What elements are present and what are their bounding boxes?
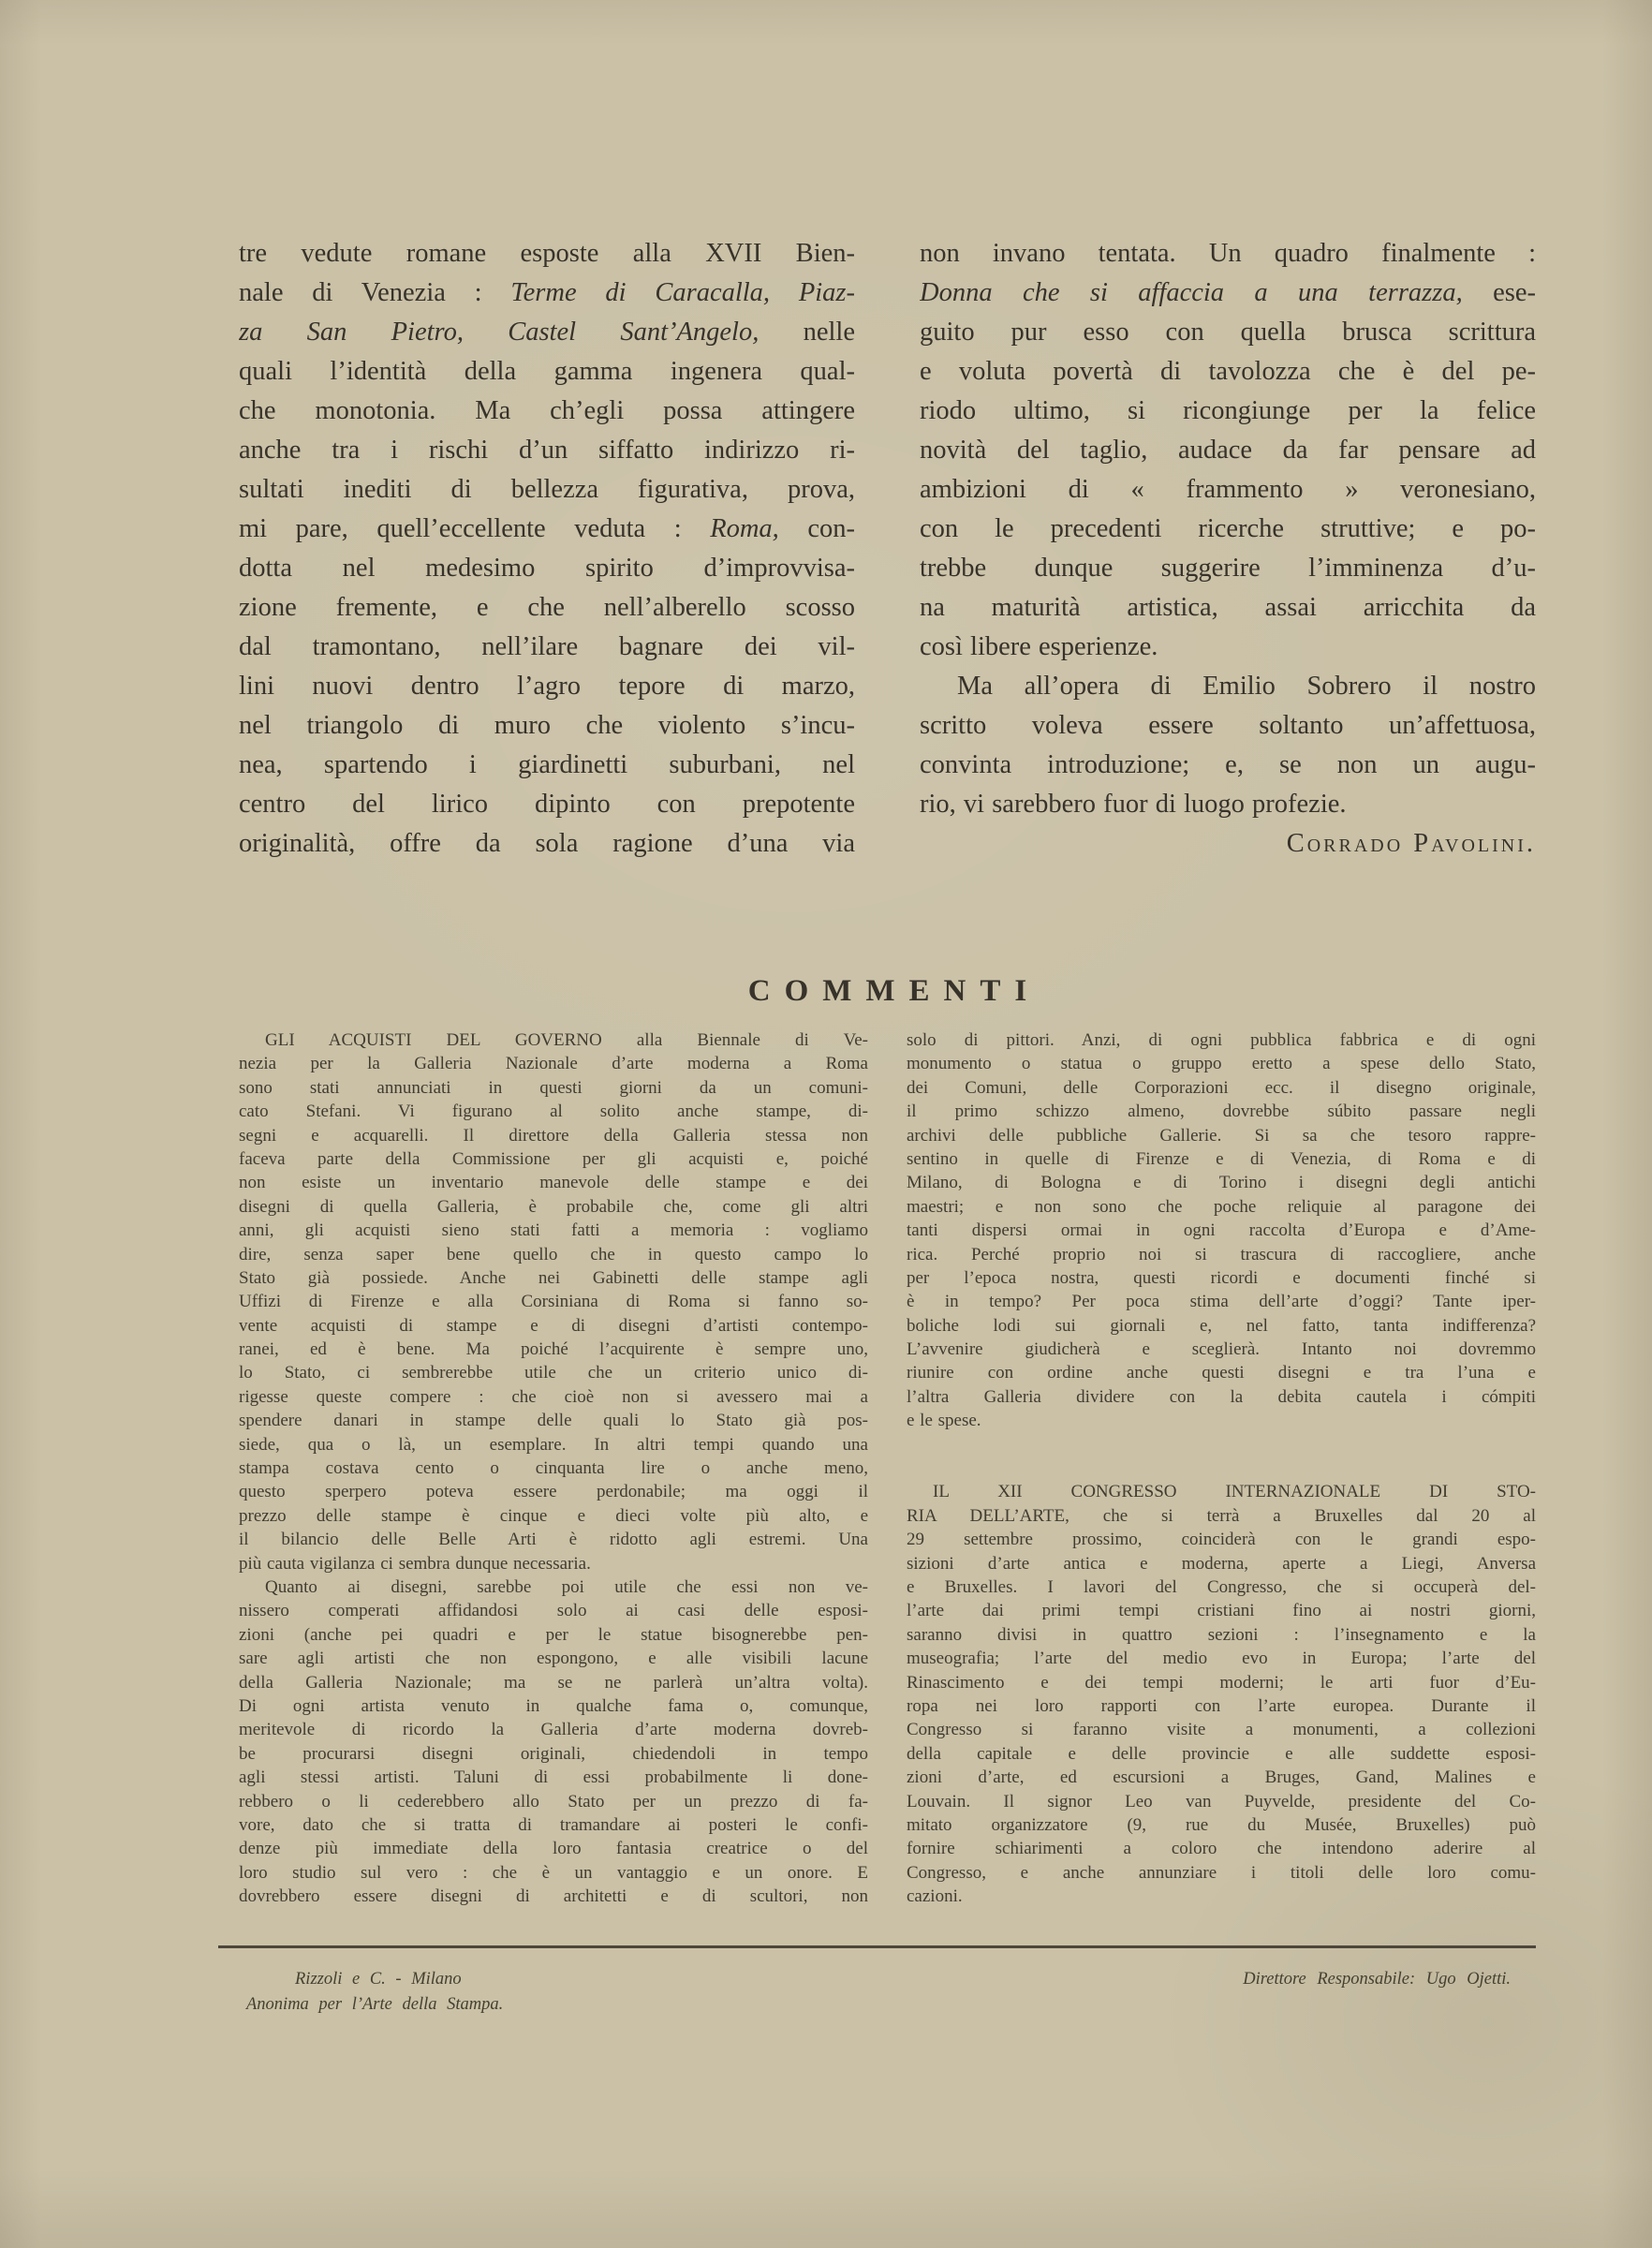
text-run: nelle [759,318,855,347]
text-line: centro del lirico dipinto con prepotente [239,785,855,824]
text-line: tre vedute romane esposte alla XVII Bien… [239,234,855,274]
text-run: disegni di quella Galleria, è probabile … [239,1197,868,1217]
text-run: tre vedute romane esposte alla XVII Bien… [239,239,855,268]
text-run: fornire schiarimenti a coloro che intend… [907,1839,1536,1858]
text-line: Donna che si affaccia a una terrazza, es… [920,274,1536,313]
text-run: sare agli artisti che non espongono, e a… [239,1649,868,1668]
text-run: nel triangolo di muro che violento s’inc… [239,711,855,740]
text-line: trebbe dunque suggerire l’imminenza d’u- [920,549,1536,588]
text-line: quali l’identità della gamma ingenera qu… [239,352,855,392]
text-line: Di ogni artista venuto in qualche fama o… [239,1694,868,1718]
text-run: convinta introduzione; e, se non un augu… [920,750,1536,779]
text-line: saranno divisi in quattro sezioni : l’in… [907,1623,1536,1647]
director-credit: Direttore Responsabile: Ugo Ojetti. [1243,1967,1511,1992]
text-line: rigesse queste compere : che cioè non si… [239,1385,868,1409]
text-run: monumento o statua o gruppo eretto a spe… [907,1054,1536,1073]
text-run: cato Stefani. Vi figurano al solito anch… [239,1102,868,1121]
text-run: della Galleria Nazionale; ma se ne parle… [239,1673,868,1693]
text-line: dei Comuni, delle Corporazioni ecc. il d… [907,1076,1536,1100]
text-line: convinta introduzione; e, se non un augu… [920,746,1536,785]
text-line: così libere esperienze. [920,628,1536,667]
text-run: lini nuovi dentro l’agro tepore di marzo… [239,672,855,701]
text-run: novità del taglio, audace da far pensare… [920,436,1536,465]
text-run: l’arte dai primi tempi cristiani fino ai… [907,1601,1536,1620]
text-run: più cauta vigilanza ci sembra dunque nec… [239,1554,591,1574]
text-line: questo sperpero poteva essere perdonabil… [239,1480,868,1503]
text-run: faceva parte della Commissione per gli a… [239,1149,868,1169]
text-line: monumento o statua o gruppo eretto a spe… [907,1052,1536,1075]
text-run: tanti dispersi ormai in ogni raccolta d’… [907,1220,1536,1240]
commenti-left-column: GLI ACQUISTI DEL GOVERNO alla Biennale d… [239,1028,868,1908]
text-line: zioni (anche pei quadri e per le statue … [239,1623,868,1647]
text-run: trebbe dunque suggerire l’imminenza d’u- [920,554,1536,583]
text-run: Ma all’opera di Emilio Sobrero il nostro [957,672,1536,701]
text-line: denze più immediate della loro fantasia … [239,1837,868,1860]
text-line: e le spese. [907,1409,1536,1432]
text-line: Milano, di Bologna e di Torino i disegni… [907,1171,1536,1194]
text-line: ropa nei loro rapporti con l’arte europe… [907,1694,1536,1718]
text-line: che monotonia. Ma ch’egli possa attinger… [239,392,855,431]
text-line: cazioni. [907,1885,1536,1908]
text-line: più cauta vigilanza ci sembra dunque nec… [239,1552,868,1575]
text-run: con- [779,514,855,543]
text-run: rio, vi sarebbero fuor di luogo profezie… [920,790,1347,819]
scanned-page: tre vedute romane esposte alla XVII Bien… [0,0,1652,2248]
text-line: riodo ultimo, si ricongiunge per la feli… [920,392,1536,431]
text-line: segni e acquarelli. Il direttore della G… [239,1124,868,1147]
text-line: dire, senza saper bene quello che in que… [239,1243,868,1266]
text-line: sentino in quelle di Firenze e di Venezi… [907,1147,1536,1171]
text-run: Di ogni artista venuto in qualche fama o… [239,1696,868,1716]
text-run: Terme di Caracalla, Piaz- [510,278,855,307]
text-line: prezzo delle stampe è cinque e dieci vol… [239,1504,868,1528]
text-line: Uffizi di Firenze e alla Corsiniana di R… [239,1290,868,1313]
commenti-right-column: solo di pittori. Anzi, di ogni pubblica … [907,1028,1536,1908]
text-run: boliche lodi sui giornali e, nel fatto, … [907,1316,1536,1336]
text-run: è in tempo? Per poca stima dell’arte d’o… [907,1292,1536,1311]
text-line: Corrado Pavolini. [920,824,1536,864]
text-run: be procurarsi disegni originali, chieden… [239,1744,868,1764]
publisher-imprint: Rizzoli e C. - Milano Anonima per l’Arte… [246,1967,503,2018]
text-line: meritevole di ricordo la Galleria d’arte… [239,1718,868,1741]
text-line: mi pare, quell’eccellente veduta : Roma,… [239,510,855,549]
text-line: non esiste un inventario manevole delle … [239,1171,868,1194]
text-run: spendere danari in stampe delle quali lo… [239,1411,868,1430]
text-line: dal tramontano, nell’ilare bagnare dei v… [239,628,855,667]
text-run: e voluta povertà di tavolozza che è del … [920,357,1536,386]
text-line: solo di pittori. Anzi, di ogni pubblica … [907,1028,1536,1052]
text-run: nezia per la Galleria Nazionale d’arte m… [239,1054,868,1073]
article-right-column: non invano tentata. Un quadro finalmente… [920,234,1536,864]
text-line: Ma all’opera di Emilio Sobrero il nostro [920,667,1536,706]
text-run: GLI ACQUISTI DEL GOVERNO alla Biennale d… [265,1030,868,1050]
text-line: 29 settembre prossimo, coinciderà con le… [907,1528,1536,1551]
text-line: scritto voleva essere soltanto un’affett… [920,706,1536,746]
commenti-columns: GLI ACQUISTI DEL GOVERNO alla Biennale d… [239,1028,1536,1908]
text-run: Congresso, e anche annunziare i titoli d… [907,1863,1536,1883]
text-line: vente acquisti di stampe e di disegni d’… [239,1314,868,1338]
text-line: con le precedenti ricerche struttive; e … [920,510,1536,549]
text-run: rigesse queste compere : che cioè non si… [239,1387,868,1407]
text-line: il primo schizzo almeno, dovrebbe súbito… [907,1100,1536,1123]
text-run: loro studio sul vero : che è un vantaggi… [239,1863,868,1883]
text-run: nissero comperati affidandosi solo ai ca… [239,1601,868,1620]
text-run: Rinascimento e dei tempi moderni; le art… [907,1673,1536,1693]
text-run: originalità, offre da sola ragione d’una… [239,829,855,858]
text-run: sultati inediti di bellezza figurativa, … [239,475,855,504]
text-line: disegni di quella Galleria, è probabile … [239,1195,868,1219]
text-line: L’avvenire giudicherà e sceglierà. Intan… [907,1338,1536,1361]
text-run: Louvain. Il signor Leo van Puyvelde, pre… [907,1792,1536,1812]
text-run: cazioni. [907,1886,963,1906]
text-run: Corrado Pavolini. [1287,829,1536,858]
text-line: novità del taglio, audace da far pensare… [920,431,1536,470]
text-line: lo Stato, ci sembrerebbe utile che un cr… [239,1361,868,1384]
text-run: zioni d’arte, ed escursioni a Bruges, Ga… [907,1767,1536,1787]
text-run: stampa costava cento o cinquanta lire o … [239,1458,868,1478]
text-line: della Galleria Nazionale; ma se ne parle… [239,1671,868,1694]
text-run: Stato già possiede. Anche nei Gabinetti … [239,1268,868,1288]
text-line: nezia per la Galleria Nazionale d’arte m… [239,1052,868,1075]
text-run: non invano tentata. Un quadro finalmente… [920,239,1536,268]
text-line: Louvain. Il signor Leo van Puyvelde, pre… [907,1790,1536,1813]
text-line: agli stessi artisti. Taluni di essi prob… [239,1766,868,1789]
text-run: agli stessi artisti. Taluni di essi prob… [239,1767,868,1787]
text-line: ranei, ed è bene. Ma poiché l’acquirente… [239,1338,868,1361]
text-run: dire, senza saper bene quello che in que… [239,1245,868,1264]
footer-divider [218,1945,1536,1948]
text-run: dal tramontano, nell’ilare bagnare dei v… [239,632,855,661]
text-line: museografia; l’arte del medio evo in Eur… [907,1647,1536,1670]
text-line: rica. Perché proprio noi si trascura di … [907,1243,1536,1266]
text-run: per l’epoca nostra, questi ricordi e doc… [907,1268,1536,1288]
text-run: Quanto ai disegni, sarebbe poi utile che… [265,1577,868,1597]
text-run: archivi delle pubbliche Gallerie. Si sa … [907,1126,1536,1146]
text-run: quali l’identità della gamma ingenera qu… [239,357,855,386]
text-run: della capitale e delle provincie e alle … [907,1744,1536,1764]
text-line: sare agli artisti che non espongono, e a… [239,1647,868,1670]
text-line: l’altra Galleria dividere con la debita … [907,1385,1536,1409]
text-line: RIA DELL’ARTE, che si terrà a Bruxelles … [907,1504,1536,1528]
article-left-column: tre vedute romane esposte alla XVII Bien… [239,234,855,864]
text-run: il bilancio delle Belle Arti è ridotto a… [239,1530,868,1549]
text-run: con le precedenti ricerche struttive; e … [920,514,1536,543]
text-run: sono stati annunciati in questi giorni d… [239,1078,868,1098]
text-line: nea, spartendo i giardinetti suburbani, … [239,746,855,785]
text-run: il primo schizzo almeno, dovrebbe súbito… [907,1102,1536,1121]
text-line: maestri; e non sono che poche reliquie a… [907,1195,1536,1219]
text-run: segni e acquarelli. Il direttore della G… [239,1126,868,1146]
text-run: meritevole di ricordo la Galleria d’arte… [239,1720,868,1739]
text-run: rica. Perché proprio noi si trascura di … [907,1245,1536,1264]
text-line: IL XII CONGRESSO INTERNAZIONALE DI STO- [907,1480,1536,1503]
text-run: scritto voleva essere soltanto un’affett… [920,711,1536,740]
text-line: sultati inediti di bellezza figurativa, … [239,470,855,510]
text-line: boliche lodi sui giornali e, nel fatto, … [907,1314,1536,1338]
text-line: Congresso si faranno visite a monumenti,… [907,1718,1536,1741]
text-line: GLI ACQUISTI DEL GOVERNO alla Biennale d… [239,1028,868,1052]
text-run: vente acquisti di stampe e di disegni d’… [239,1316,868,1336]
text-line: archivi delle pubbliche Gallerie. Si sa … [907,1124,1536,1147]
text-run: non esiste un inventario manevole delle … [239,1173,868,1192]
text-line: zioni d’arte, ed escursioni a Bruges, Ga… [907,1766,1536,1789]
text-run: zioni (anche pei quadri e per le statue … [239,1625,868,1645]
text-line: anni, gli acquisti sieno stati fatti a m… [239,1219,868,1242]
text-run: denze più immediate della loro fantasia … [239,1839,868,1858]
text-run: solo di pittori. Anzi, di ogni pubblica … [907,1030,1536,1050]
text-line: mitato organizzatore (9, rue du Musée, B… [907,1813,1536,1837]
text-run: RIA DELL’ARTE, che si terrà a Bruxelles … [907,1506,1536,1526]
text-run: saranno divisi in quattro sezioni : l’in… [907,1625,1536,1645]
text-line: loro studio sul vero : che è un vantaggi… [239,1861,868,1885]
text-run: Congresso si faranno visite a monumenti,… [907,1720,1536,1739]
text-line: zione fremente, e che nell’alberello sco… [239,588,855,628]
text-line: vore, dato che si tratta di tramandare a… [239,1813,868,1837]
text-line: il bilancio delle Belle Arti è ridotto a… [239,1528,868,1551]
text-line: ambizioni di « frammento » veronesiano, [920,470,1536,510]
text-run: Milano, di Bologna e di Torino i disegni… [907,1173,1536,1192]
text-run: sizioni d’arte antica e moderna, aperte … [907,1554,1536,1574]
text-run: IL XII CONGRESSO INTERNAZIONALE DI STO- [933,1482,1536,1501]
text-run: za San Pietro, Castel Sant’Angelo, [239,318,759,347]
text-line: be procurarsi disegni originali, chieden… [239,1742,868,1766]
text-run: 29 settembre prossimo, coinciderà con le… [907,1530,1536,1549]
text-run: mitato organizzatore (9, rue du Musée, B… [907,1815,1536,1835]
text-run: na maturità artistica, assai arricchita … [920,593,1536,622]
text-run: che monotonia. Ma ch’egli possa attinger… [239,396,855,425]
text-line: per l’epoca nostra, questi ricordi e doc… [907,1266,1536,1290]
text-run: ropa nei loro rapporti con l’arte europe… [907,1696,1536,1716]
text-run: così libere esperienze. [920,632,1158,661]
text-run: zione fremente, e che nell’alberello sco… [239,593,855,622]
text-run: centro del lirico dipinto con prepotente [239,790,855,819]
text-line: dotta nel medesimo spirito d’improvvisa- [239,549,855,588]
text-line: Quanto ai disegni, sarebbe poi utile che… [239,1575,868,1599]
article-columns: tre vedute romane esposte alla XVII Bien… [239,234,1536,864]
publisher-line-2: Anonima per l’Arte della Stampa. [246,1992,503,2018]
text-run: museografia; l’arte del medio evo in Eur… [907,1649,1536,1668]
text-run: rebbero o li cederebbero allo Stato per … [239,1792,868,1812]
text-line: originalità, offre da sola ragione d’una… [239,824,855,864]
text-run: nea, spartendo i giardinetti suburbani, … [239,750,855,779]
text-line: nel triangolo di muro che violento s’inc… [239,706,855,746]
text-run: e le spese. [907,1411,981,1430]
text-line: lini nuovi dentro l’agro tepore di marzo… [239,667,855,706]
text-run: e Bruxelles. I lavori del Congresso, che… [907,1577,1536,1597]
text-run: mi pare, quell’eccellente veduta : [239,514,710,543]
text-line: e Bruxelles. I lavori del Congresso, che… [907,1575,1536,1599]
text-run: prezzo delle stampe è cinque e dieci vol… [239,1506,868,1526]
text-run: L’avvenire giudicherà e sceglierà. Intan… [907,1339,1536,1359]
text-run: ranei, ed è bene. Ma poiché l’acquirente… [239,1339,868,1359]
commenti-heading: COMMENTI [239,970,1536,1012]
text-run: Roma, [710,514,779,543]
text-run: ambizioni di « frammento » veronesiano, [920,475,1536,504]
text-run: questo sperpero poteva essere perdonabil… [239,1482,868,1501]
text-line: rio, vi sarebbero fuor di luogo profezie… [920,785,1536,824]
text-line: tanti dispersi ormai in ogni raccolta d’… [907,1219,1536,1242]
text-line: non invano tentata. Un quadro finalmente… [920,234,1536,274]
text-run: dotta nel medesimo spirito d’improvvisa- [239,554,855,583]
text-run: lo Stato, ci sembrerebbe utile che un cr… [239,1363,868,1383]
text-line: siede, qua o là, un esemplare. In altri … [239,1433,868,1457]
text-line: l’arte dai primi tempi cristiani fino ai… [907,1599,1536,1622]
text-line: na maturità artistica, assai arricchita … [920,588,1536,628]
text-run: vore, dato che si tratta di tramandare a… [239,1815,868,1835]
text-run: Uffizi di Firenze e alla Corsiniana di R… [239,1292,868,1311]
text-line: stampa costava cento o cinquanta lire o … [239,1457,868,1480]
text-run: ese- [1463,278,1536,307]
text-line: Congresso, e anche annunziare i titoli d… [907,1861,1536,1885]
text-run: riunire con ordine anche questi disegni … [907,1363,1536,1383]
text-line: della capitale e delle provincie e alle … [907,1742,1536,1766]
text-run: l’altra Galleria dividere con la debita … [907,1387,1536,1407]
text-run: dei Comuni, delle Corporazioni ecc. il d… [907,1078,1536,1098]
text-line: nale di Venezia : Terme di Caracalla, Pi… [239,274,855,313]
text-run: anni, gli acquisti sieno stati fatti a m… [239,1220,868,1240]
text-line [907,1457,1536,1480]
text-line: Stato già possiede. Anche nei Gabinetti … [239,1266,868,1290]
text-line: rebbero o li cederebbero allo Stato per … [239,1790,868,1813]
publisher-line-1: Rizzoli e C. - Milano [246,1967,503,1992]
text-line [907,1433,1536,1457]
text-run: anche tra i rischi d’un siffatto indiriz… [239,436,855,465]
text-line: riunire con ordine anche questi disegni … [907,1361,1536,1384]
text-run: sentino in quelle di Firenze e di Venezi… [907,1149,1536,1169]
text-line: dovrebbero essere disegni di architetti … [239,1885,868,1908]
text-line: sono stati annunciati in questi giorni d… [239,1076,868,1100]
text-line: faceva parte della Commissione per gli a… [239,1147,868,1171]
text-line: spendere danari in stampe delle quali lo… [239,1409,868,1432]
text-line: è in tempo? Per poca stima dell’arte d’o… [907,1290,1536,1313]
text-run: dovrebbero essere disegni di architetti … [239,1886,868,1906]
text-line: sizioni d’arte antica e moderna, aperte … [907,1552,1536,1575]
text-run: nale di Venezia : [239,278,510,307]
text-line: za San Pietro, Castel Sant’Angelo, nelle [239,313,855,352]
text-line: Rinascimento e dei tempi moderni; le art… [907,1671,1536,1694]
text-run: siede, qua o là, un esemplare. In altri … [239,1435,868,1455]
text-run: Donna che si affaccia a una terrazza, [920,278,1463,307]
text-line: nissero comperati affidandosi solo ai ca… [239,1599,868,1622]
text-line: fornire schiarimenti a coloro che intend… [907,1837,1536,1860]
text-run: maestri; e non sono che poche reliquie a… [907,1197,1536,1217]
text-line: cato Stefani. Vi figurano al solito anch… [239,1100,868,1123]
text-line: anche tra i rischi d’un siffatto indiriz… [239,431,855,470]
text-line: guito pur esso con quella brusca scrittu… [920,313,1536,352]
text-run: guito pur esso con quella brusca scrittu… [920,318,1536,347]
text-line: e voluta povertà di tavolozza che è del … [920,352,1536,392]
text-run: riodo ultimo, si ricongiunge per la feli… [920,396,1536,425]
